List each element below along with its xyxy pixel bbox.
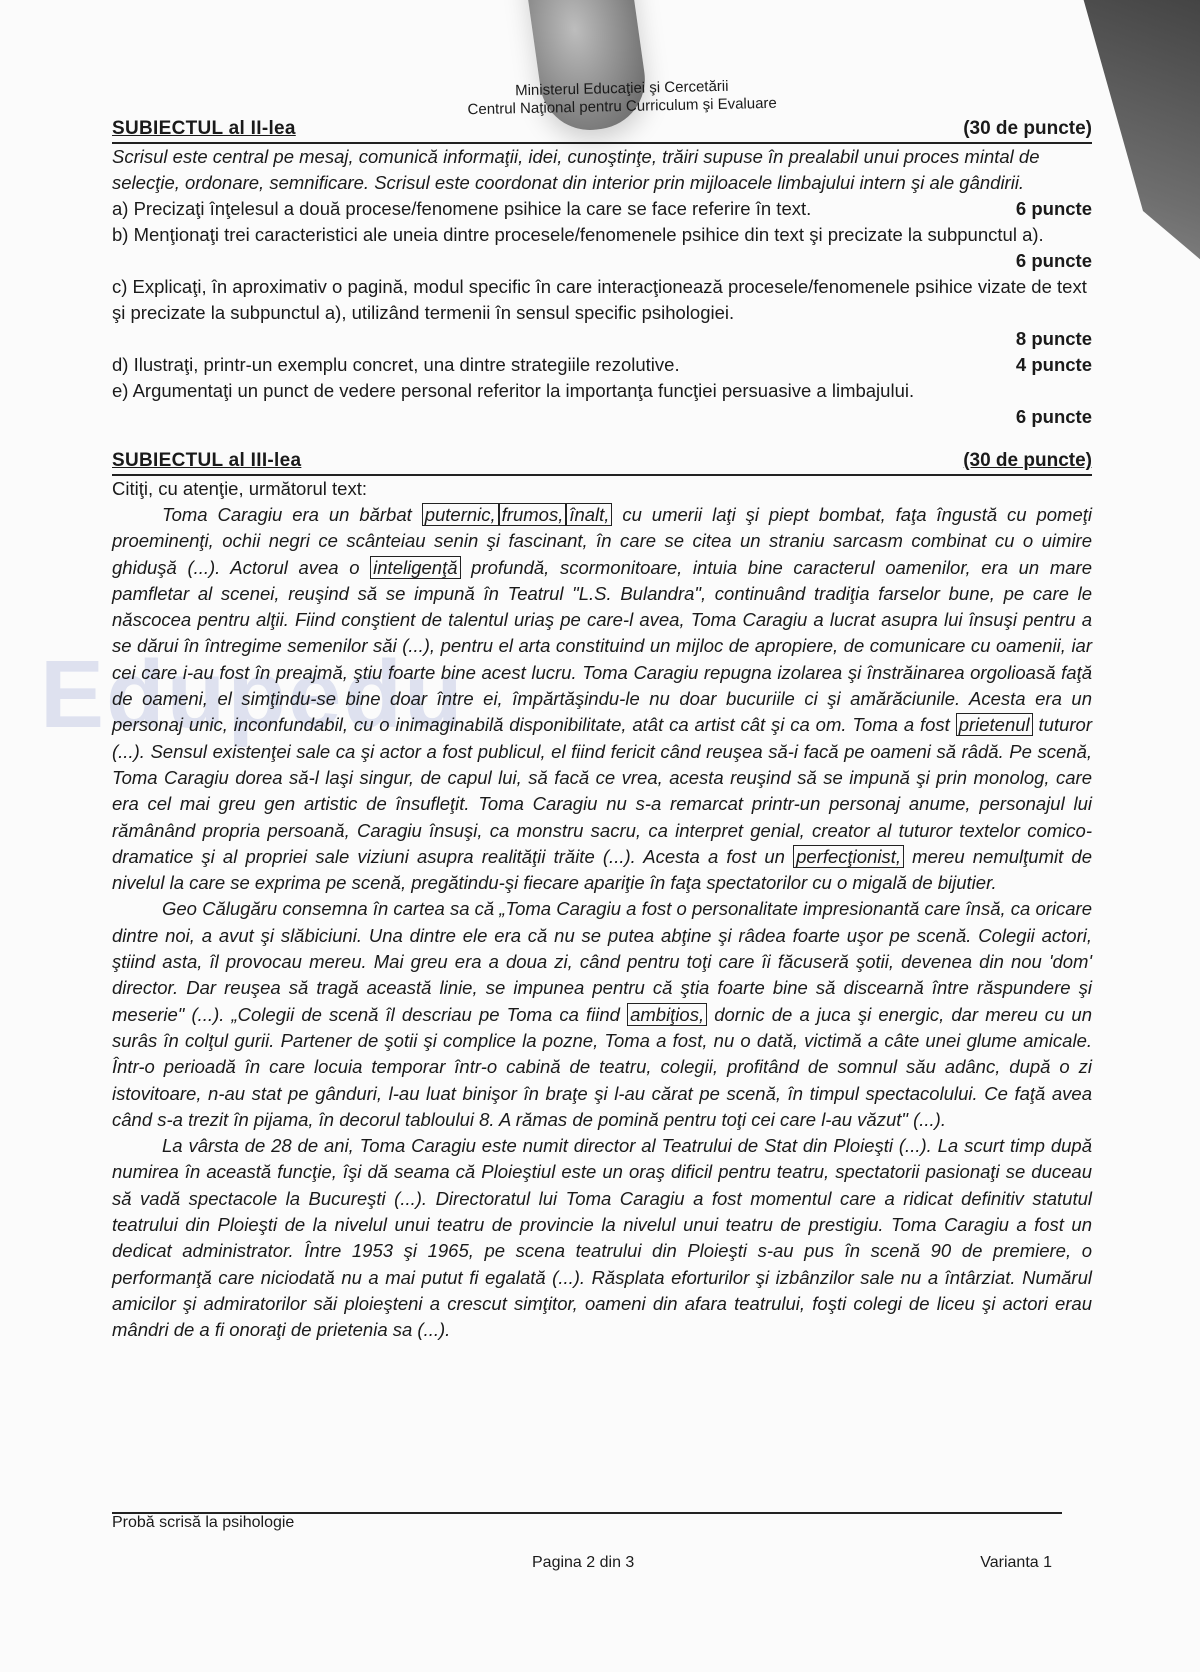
item-d-points: 4 puncte (1016, 352, 1092, 378)
text-span: tuturor (...). Sensul existenţei sale ca… (112, 714, 1092, 866)
subject3-title: SUBIECTUL al III-lea (112, 450, 301, 472)
item-e-points: 6 puncte (112, 404, 1092, 430)
text-span: Toma Caragiu era un bărbat (162, 504, 422, 525)
boxed-word: frumos, (499, 503, 567, 526)
item-d-text: d) Ilustraţi, printr-un exemplu concret,… (112, 352, 680, 378)
subject3-heading: SUBIECTUL al III-lea (30 de puncte) (112, 450, 1092, 476)
item-a-points: 6 puncte (1016, 196, 1092, 222)
subject2-intro: Scrisul este central pe mesaj, comunică … (112, 144, 1092, 196)
item-b-text: b) Menţionaţi trei caracteristici ale un… (112, 222, 1044, 248)
paragraph-2: Geo Călugăru consemna în cartea sa că „T… (112, 896, 1092, 1133)
item-c-text: c) Explicaţi, în aproximativ o pagină, m… (112, 274, 1092, 326)
subject3-points: (30 de puncte) (963, 450, 1092, 472)
footer-variant: Varianta 1 (980, 1554, 1052, 1572)
paragraph-3: La vârsta de 28 de ani, Toma Caragiu est… (112, 1133, 1092, 1343)
item-d: d) Ilustraţi, printr-un exemplu concret,… (112, 352, 1092, 378)
item-e: e) Argumentaţi un punct de vedere person… (112, 378, 1092, 404)
page-footer: Probă scrisă la psihologie Pagina 2 din … (112, 1512, 1062, 1532)
footer-page-number: Pagina 2 din 3 (532, 1554, 634, 1572)
item-e-text: e) Argumentaţi un punct de vedere person… (112, 378, 914, 404)
subject3-instruction: Citiţi, cu atenţie, următorul text: (112, 476, 1092, 502)
boxed-word: prietenul (956, 713, 1033, 736)
item-b-points: 6 puncte (112, 248, 1092, 274)
footer-exam-name: Probă scrisă la psihologie (112, 1514, 1062, 1532)
item-c: c) Explicaţi, în aproximativ o pagină, m… (112, 274, 1092, 326)
boxed-word: inteligenţă (370, 556, 460, 579)
item-b: b) Menţionaţi trei caracteristici ale un… (112, 222, 1092, 248)
item-c-points: 8 puncte (112, 326, 1092, 352)
boxed-word: perfecţionist, (793, 845, 904, 868)
item-a: a) Precizaţi înţelesul a două procese/fe… (112, 196, 1092, 222)
boxed-word: ambiţios, (627, 1003, 707, 1026)
boxed-word: puternic, (422, 503, 499, 526)
subject2-points: (30 de puncte) (963, 118, 1092, 140)
text-span: profundă, scormonitoare, intuia bine car… (112, 557, 1092, 736)
boxed-word: înalt, (566, 503, 612, 526)
exam-page: Ministerul Educaţiei şi Cercetării Centr… (112, 80, 1092, 1344)
item-a-text: a) Precizaţi înţelesul a două procese/fe… (112, 196, 811, 222)
reading-text: Toma Caragiu era un bărbat puternic,frum… (112, 502, 1092, 1344)
paragraph-1: Toma Caragiu era un bărbat puternic,frum… (112, 502, 1092, 896)
subject2-items: a) Precizaţi înţelesul a două procese/fe… (112, 196, 1092, 430)
